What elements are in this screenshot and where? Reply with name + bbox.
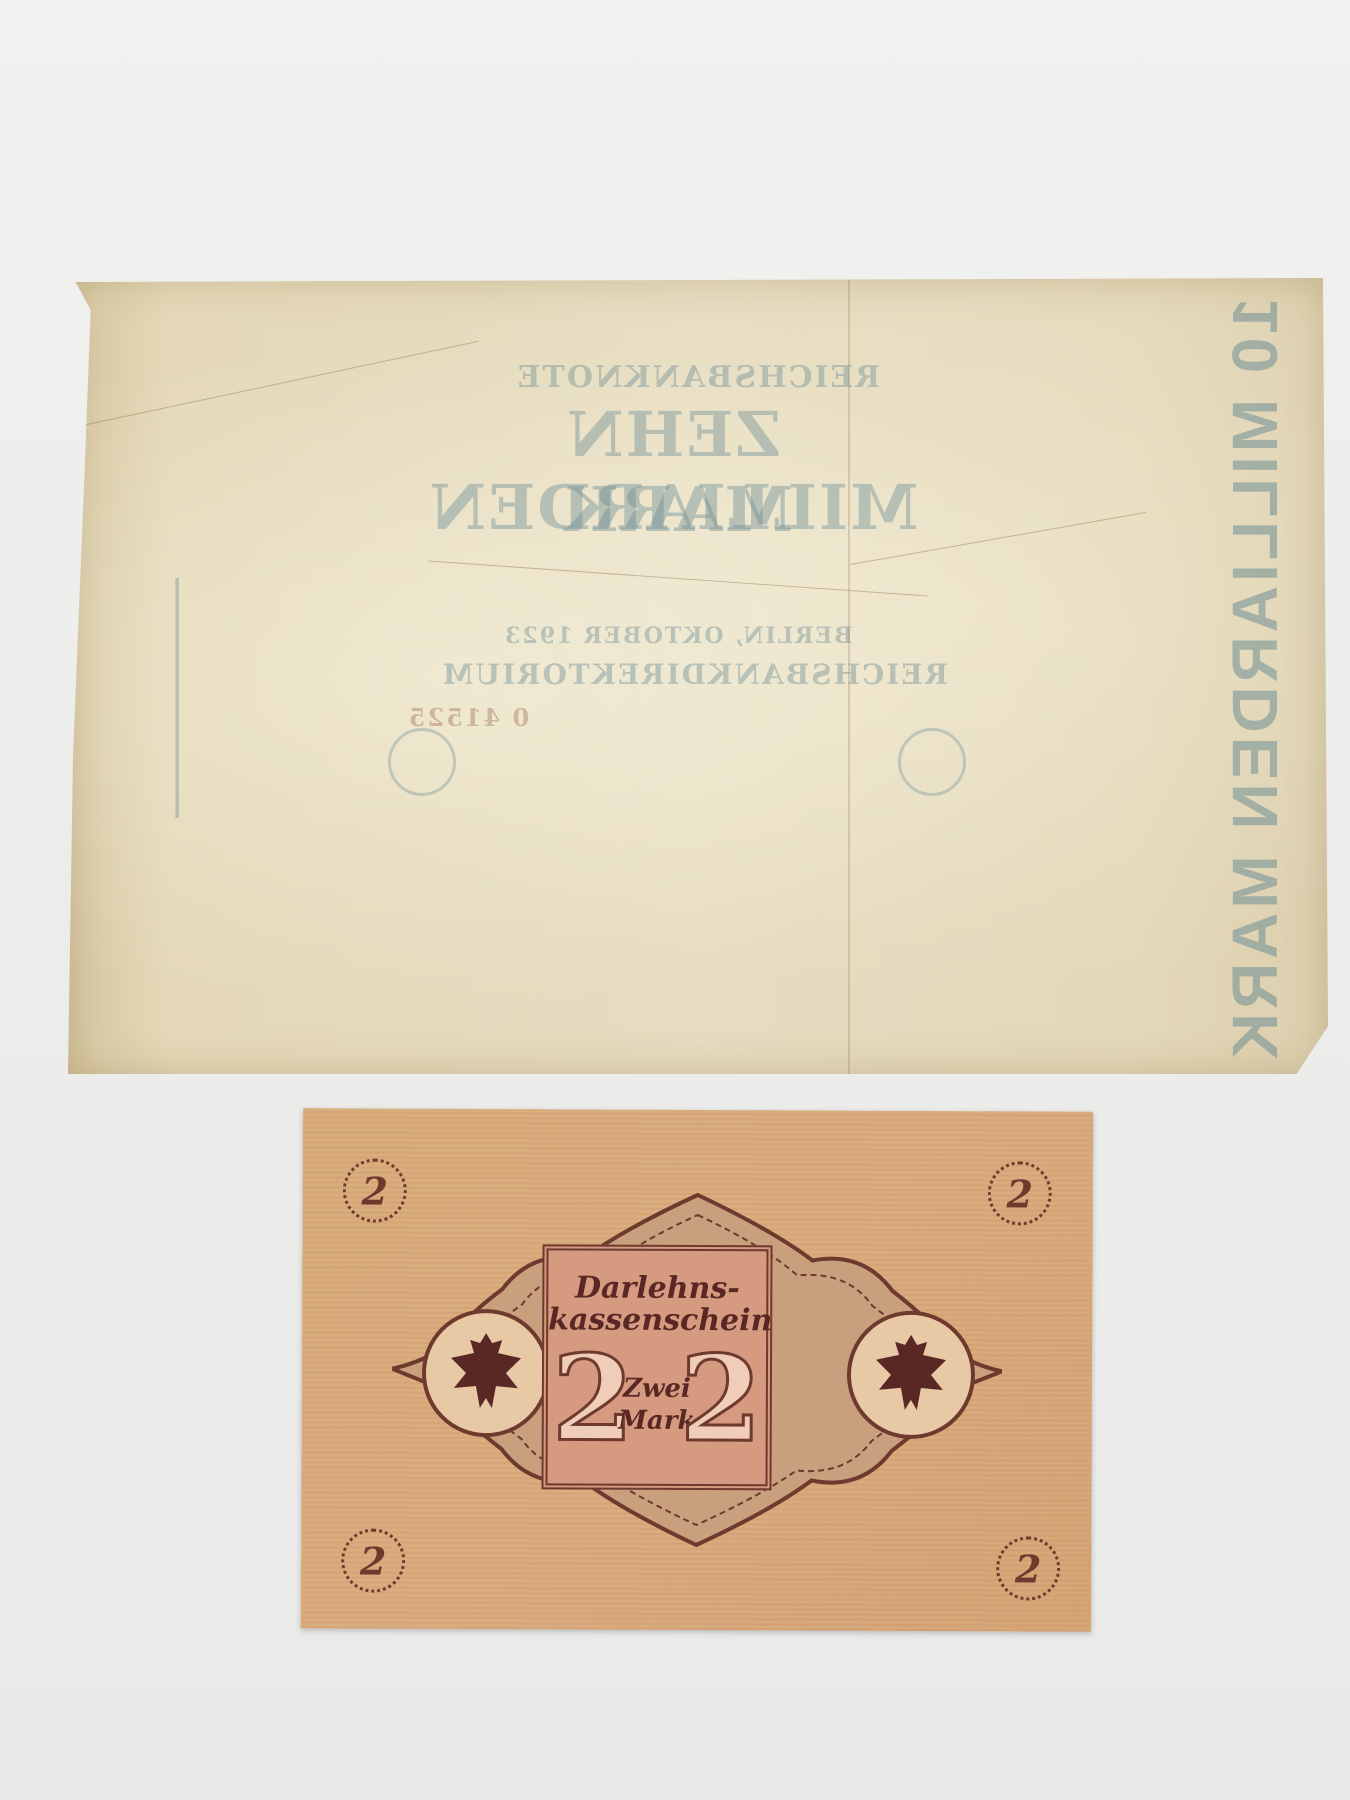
vertical-denomination: 10 MILLIARDEN MARK — [1218, 298, 1292, 1063]
show-through-line4: BERLIN, OKTOBER 1923 — [488, 623, 868, 649]
eagle-emblem-right — [847, 1311, 976, 1440]
serial-number: 0 41525 — [358, 703, 578, 732]
seal-right — [898, 728, 966, 796]
center-panel: Darlehns- kassenschein 2 Zwei Mark 2 — [541, 1244, 772, 1490]
show-through-line5: REICHSBANKDIREKTORIUM — [468, 658, 948, 691]
seal-left — [388, 728, 456, 796]
legal-text-left: ▬▬▬▬▬▬▬▬▬▬▬▬▬▬▬▬▬▬▬▬ — [168, 578, 182, 818]
crease — [429, 561, 928, 597]
value-numeral-left: 2 — [552, 1338, 635, 1458]
eagle-emblem-left — [422, 1309, 551, 1438]
banknote-10-milliarden-mark: REICHSBANKNOTE ZEHN MILLIARDEN MARK BERL… — [68, 278, 1328, 1074]
banknote-2-mark: 2 2 2 2 Darlehns- kassenschein 2 Zwei Ma… — [301, 1108, 1093, 1631]
title-line-1: Darlehns- — [548, 1272, 766, 1305]
corner-numeral-bottom-right: 2 — [996, 1536, 1060, 1600]
value-numeral-right: 2 — [680, 1339, 763, 1459]
show-through-line1: REICHSBANKNOTE — [468, 360, 928, 395]
value-row: 2 Zwei Mark 2 — [548, 1344, 767, 1465]
show-through-line3: MARK — [498, 473, 858, 546]
